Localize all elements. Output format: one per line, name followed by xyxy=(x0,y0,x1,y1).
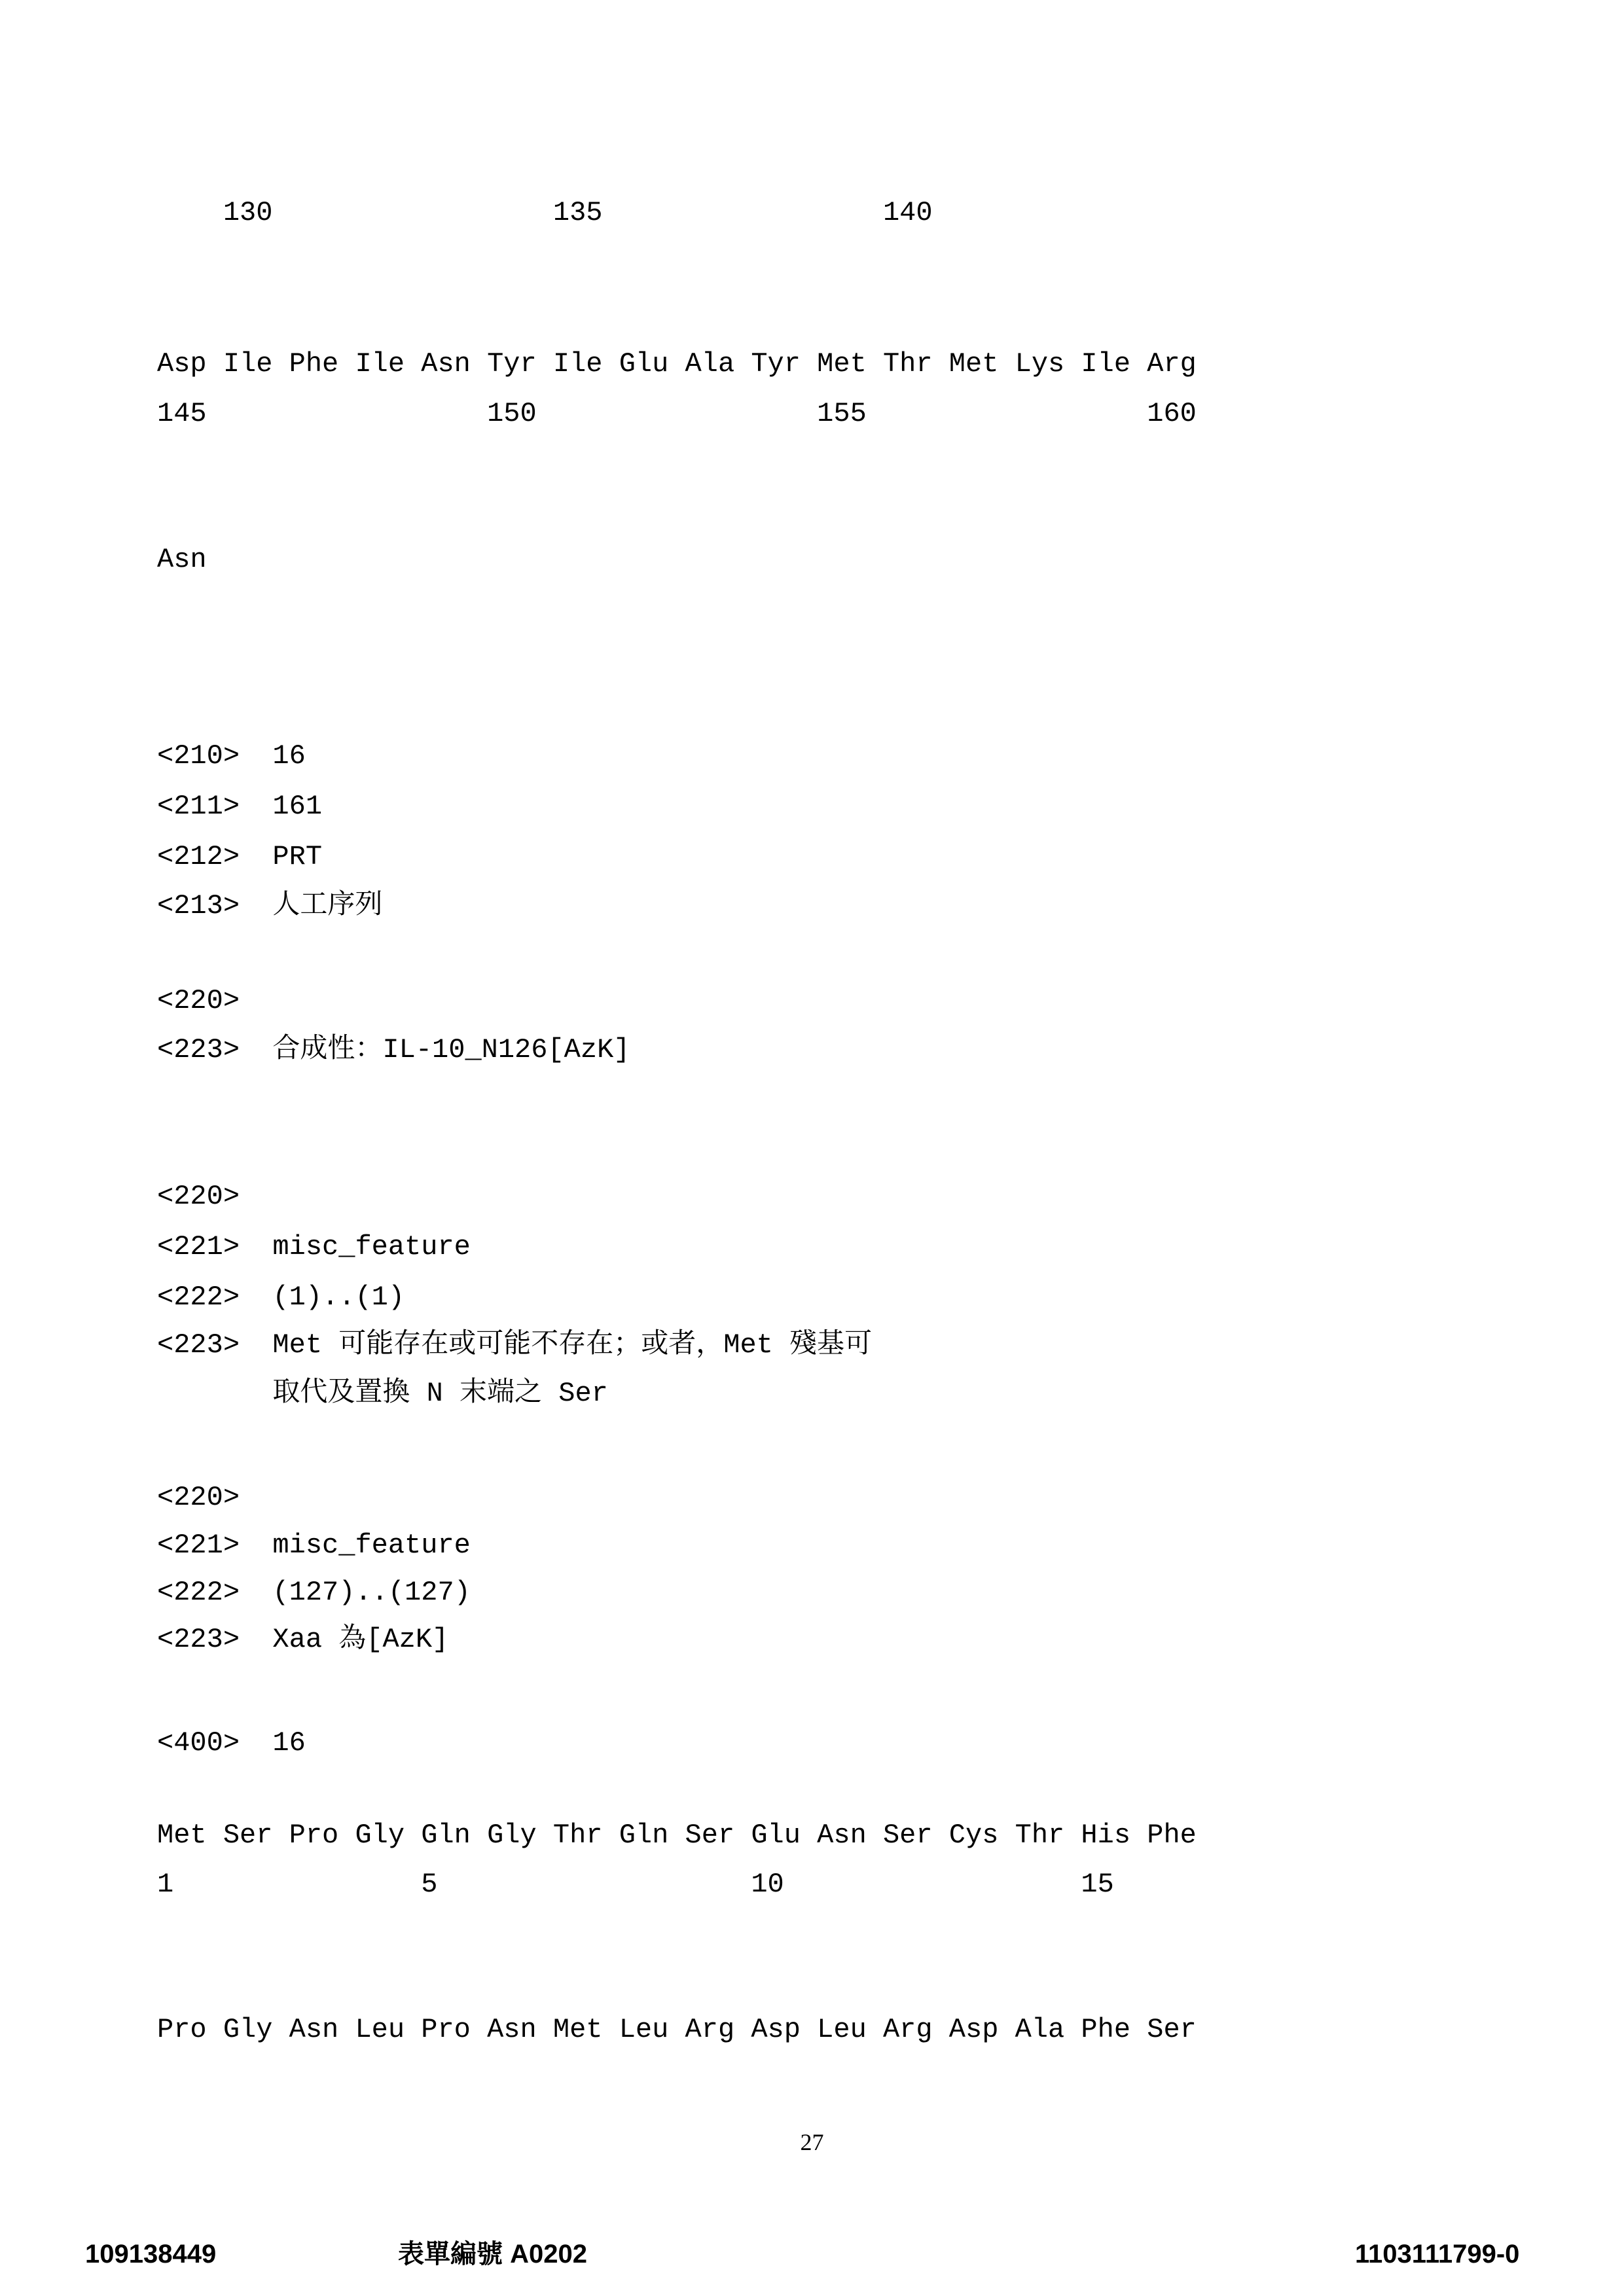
page-number: 27 xyxy=(0,2128,1624,2156)
patent-document-page: 130 135 140Asp Ile Phe Ile Asn Tyr Ile G… xyxy=(0,0,1624,2296)
tag-line: <220> xyxy=(157,987,240,1014)
sequence-line: Asp Ile Phe Ile Asn Tyr Ile Glu Ala Tyr … xyxy=(157,350,1197,378)
tag-line: <210> 16 xyxy=(157,742,306,770)
tag-line: <220> xyxy=(157,1183,240,1210)
tag-line: <212> PRT xyxy=(157,843,322,870)
sequence-line: Pro Gly Asn Leu Pro Asn Met Leu Arg Asp … xyxy=(157,2016,1197,2043)
tag-line: <222> (1)..(1) xyxy=(157,1283,405,1311)
form-number-label: 表單編號 A0202 xyxy=(398,2241,587,2267)
tag-line: <221> misc_feature xyxy=(157,1532,471,1559)
ruler-line: 130 135 140 xyxy=(157,199,933,226)
tag-line: <223> Met 可能存在或可能不存在；或者，Met 殘基可 xyxy=(157,1331,872,1359)
tag-line: <220> xyxy=(157,1484,240,1511)
ruler-line: 1 5 10 15 xyxy=(157,1871,1114,1898)
tag-line: <221> misc_feature xyxy=(157,1233,471,1261)
tag-line: <213> 人工序列 xyxy=(157,892,382,920)
ruler-line: 145 150 155 160 xyxy=(157,400,1197,427)
tag-line: <211> 161 xyxy=(157,793,322,820)
application-number: 109138449 xyxy=(85,2241,216,2267)
sequence-line: Asn xyxy=(157,546,207,573)
document-number: 1103111799-0 xyxy=(1355,2241,1519,2267)
tag-line: <400> 16 xyxy=(157,1729,306,1757)
sequence-line: Met Ser Pro Gly Gln Gly Thr Gln Ser Glu … xyxy=(157,1821,1197,1849)
tag-line: <223> 合成性：IL-10_N126[AzK] xyxy=(157,1036,630,1064)
tag-line: <223> Xaa 為[AzK] xyxy=(157,1626,448,1653)
tag-line: <222> (127)..(127) xyxy=(157,1579,471,1606)
tag-continuation-line: 取代及置換 N 末端之 Ser xyxy=(157,1380,608,1407)
